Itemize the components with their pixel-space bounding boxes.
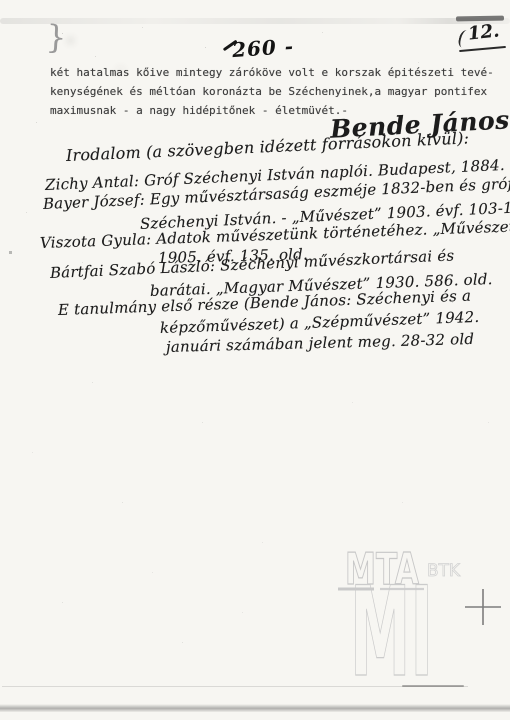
typed-line: kenységének és méltóan koronázta be Széc…: [50, 82, 494, 101]
scan-line-artifact-dark: [402, 685, 464, 687]
watermark-institute-text: MI: [350, 561, 433, 682]
mta-watermark: MTA BTK MI: [336, 542, 508, 682]
typed-line: két hatalmas kőive mintegy záróköve volt…: [50, 63, 494, 82]
bottom-page-shadow: [0, 704, 510, 712]
handwritten-number-annotation: 260 -: [231, 34, 295, 62]
scan-noise: [0, 0, 1, 1]
page-number: 12.: [467, 20, 500, 44]
scanned-document-page: } 260 - 12. két hatalmas kőive mintegy z…: [0, 0, 510, 720]
scan-line-artifact: [2, 686, 468, 687]
top-smudge-band: [0, 18, 510, 24]
pencil-brace-mark: }: [45, 17, 67, 56]
